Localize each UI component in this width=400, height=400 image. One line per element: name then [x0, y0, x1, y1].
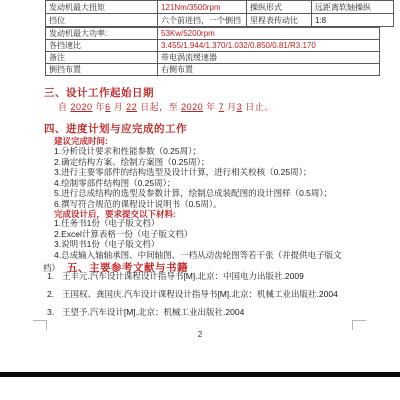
table-cell: 六个前进挡，一个倒挡: [158, 14, 247, 27]
table-row: 备注带电涡流缓速器: [46, 52, 380, 64]
table-cell: 远距离软轴操纵: [312, 1, 394, 14]
section-3-heading: 三、设计工作起始日期: [44, 85, 154, 100]
table-cell: 发动机最大扭矩: [46, 1, 158, 14]
date-text: 月: [111, 102, 127, 112]
date-text: 年: [203, 102, 219, 112]
table-value-cell: 右侧布置: [158, 64, 380, 76]
work-item: 5.进行总成结构的选型及参数计算，绘制总成装配图的设计图样（0.5周）；: [54, 188, 332, 199]
reference-item: 3.王望予.汽车设计[M].北京：机械工业出版社.2004: [47, 307, 338, 318]
date-fill-in: 2020: [181, 102, 203, 112]
date-text: 日止。: [242, 102, 274, 112]
reference-number: 2.: [47, 289, 62, 300]
table-row: 发动机最大扭矩121Nm/3500rpm操纵形式远距离软轴操纵: [46, 1, 394, 14]
reference-text: 王国权、龚国庆.汽车设计课程设计指导书[M].北京：机械工业出版社.2004: [62, 289, 338, 299]
reference-text: 王丰元.汽车设计课程设计指导书[M].北京：中国电力出版社.2009: [62, 271, 304, 281]
reference-item: 2.王国权、龚国庆.汽车设计课程设计指导书[M].北京：机械工业出版社.2004: [47, 289, 338, 300]
date-text: 自: [58, 102, 71, 112]
reference-number: 3.: [47, 307, 62, 318]
date-fill-in: 2020: [71, 102, 93, 112]
table-row: 发动机最大功率:53Kw/5200rpm: [46, 28, 380, 40]
work-items-list: 1.分析设计要求和性能参数（0.25周）；2.确定结构方案、绘制方案图（0.25…: [54, 146, 332, 209]
table-cell: 操纵形式: [247, 1, 312, 14]
material-item: 2.Excel计算表格一份（电子版文档）: [54, 229, 342, 240]
table-row: 挡位六个前进挡，一个倒挡里程表传动比1:8: [46, 14, 394, 27]
material-item: 3.说明书1份（电子版文档）: [54, 239, 342, 250]
table-cell: 挡位: [46, 14, 158, 27]
date-text: 月: [224, 102, 237, 112]
margin-corner-mark-right: [352, 320, 366, 330]
table-cell: 121Nm/3500rpm: [158, 1, 247, 14]
work-item: 4.绘制零部件结构图（0.25周）；: [54, 178, 332, 189]
table-label-cell: 各挡速比: [46, 40, 158, 52]
date-fill-in: 22: [126, 102, 137, 112]
page-number: 2: [0, 330, 400, 339]
bottom-divider-bar: [0, 372, 400, 377]
table-row: 各挡速比3.455/1.944/1.370/1.032/0.850/0.81/R…: [46, 40, 380, 52]
table-row: 倒挡布置右侧布置: [46, 64, 380, 76]
material-item: 1.任务书1份（电子版文档）: [54, 218, 342, 229]
table-value-cell: 带电涡流缓速器: [158, 52, 380, 64]
table-value-cell: 53Kw/5200rpm: [158, 28, 380, 40]
spec-table-bottom: 发动机最大功率:53Kw/5200rpm各挡速比3.455/1.944/1.37…: [45, 27, 380, 76]
table-label-cell: 备注: [46, 52, 158, 64]
table-label-cell: 倒挡布置: [46, 64, 158, 76]
table-cell: 里程表传动比: [247, 14, 312, 27]
reference-item: 1.王丰元.汽车设计课程设计指导书[M].北京：中国电力出版社.2009: [47, 271, 338, 282]
start-date-line: 自 2020 年6 月 22 日起，至 2020 年 7 月3 日止。: [58, 100, 274, 113]
table-label-cell: 发动机最大功率:: [46, 28, 158, 40]
work-item: 3.进行主要零部件的结构选型及设计计算，进行相关校核（0.25周）；: [54, 167, 332, 178]
reference-number: 1.: [47, 271, 62, 282]
work-item: 2.确定结构方案、绘制方案图（0.25周）；: [54, 157, 332, 168]
date-text: 年: [93, 102, 106, 112]
work-item: 1.分析设计要求和性能参数（0.25周）；: [54, 146, 332, 157]
date-text: 日起，至: [137, 102, 181, 112]
table-cell: 1:8: [312, 14, 394, 27]
margin-corner-mark-left: [33, 320, 47, 330]
table-value-cell: 3.455/1.944/1.370/1.032/0.850/0.81/R3.17…: [158, 40, 380, 52]
section-4-heading: 四、进度计划与应完成的工作: [44, 121, 187, 136]
spec-table-top: 发动机最大扭矩121Nm/3500rpm操纵形式远距离软轴操纵挡位六个前进挡，一…: [45, 0, 394, 27]
materials-list: 1.任务书1份（电子版文档）2.Excel计算表格一份（电子版文档）3.说明书1…: [54, 218, 342, 260]
references-list: 1.王丰元.汽车设计课程设计指导书[M].北京：中国电力出版社.20092.王国…: [47, 271, 338, 325]
reference-text: 王望予.汽车设计[M].北京：机械工业出版社.2004: [62, 307, 244, 317]
